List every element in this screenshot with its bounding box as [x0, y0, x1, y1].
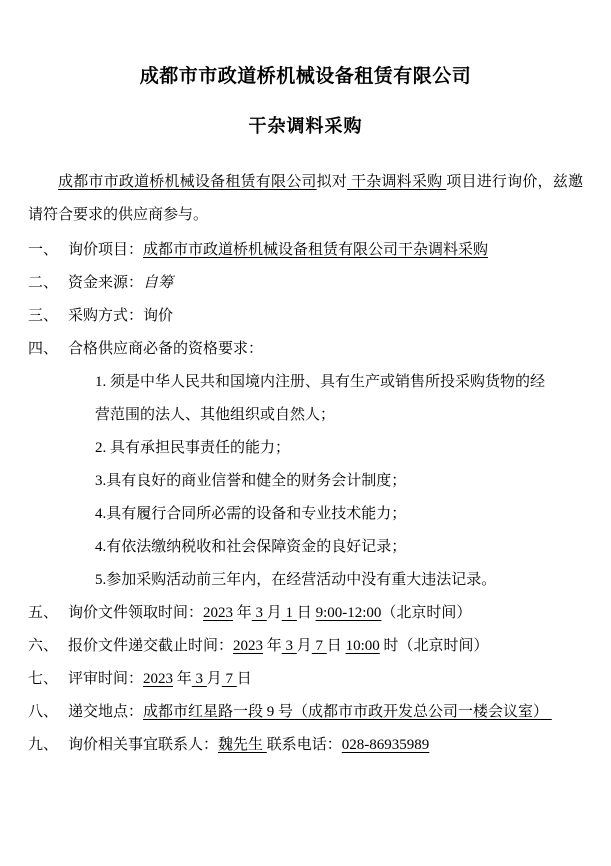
text-segment: 采购方式：询价: [68, 308, 173, 324]
item-submission-address: 八、递交地点：成都市红星路一段 9 号（成都市市政开发总公司一楼会议室）: [28, 696, 583, 729]
text-segment: 报价文件递交截止时间：: [68, 638, 233, 654]
text-segment: 月: [267, 605, 282, 621]
item-text: 合格供应商必备的资格要求：: [68, 333, 583, 366]
text-segment: 年: [263, 638, 282, 654]
item-document-collection-time: 五、询价文件领取时间：2023 年 3 月 1 日 9:00-12:00（北京时…: [28, 597, 583, 630]
text-segment: 2023: [143, 671, 173, 687]
sub-requirement-2: 2. 具有承担民事责任的能力；: [28, 432, 583, 465]
item-text: 询价文件领取时间：2023 年 3 月 1 日 9:00-12:00（北京时间）: [68, 597, 583, 630]
text-segment: 3.具有良好的商业信誉和健全的财务会计制度；: [95, 473, 406, 489]
text-segment: 1. 须是中华人民共和国境内注册、具有生产或销售所投采购货物的经营范围的法人、其…: [95, 374, 545, 423]
item-contact-person: 九、询价相关事宜联系人：魏先生 联系电话：028-86935989: [28, 729, 583, 762]
sub-requirement-4a: 4.具有履行合同所必需的设备和专业技术能力；: [28, 498, 583, 531]
text-segment: 递交地点：: [68, 704, 143, 720]
text-segment: 7: [312, 638, 327, 654]
item-number: 八、: [28, 696, 68, 729]
text-segment: 年: [173, 671, 192, 687]
item-number: 二、: [28, 267, 68, 300]
intro-paragraph: 成都市市政道桥机械设备租赁有限公司拟对 干杂调料采购 项目进行询价，兹邀请符合要…: [28, 166, 583, 232]
text-segment: 资金来源：: [68, 275, 143, 291]
document-title: 成都市市政道桥机械设备租赁有限公司: [28, 64, 583, 90]
item-number: 五、: [28, 597, 68, 630]
text-segment: 成都市市政道桥机械设备租赁有限公司干杂调料采购: [143, 242, 488, 258]
item-number: 六、: [28, 630, 68, 663]
sub-requirement-4b: 4.有依法缴纳税收和社会保障资金的良好记录；: [28, 531, 583, 564]
text-segment: 028-86935989: [342, 737, 430, 753]
sub-requirement-1: 1. 须是中华人民共和国境内注册、具有生产或销售所投采购货物的经营范围的法人、其…: [28, 366, 583, 432]
document-subtitle: 干杂调料采购: [28, 114, 583, 138]
text-segment: 联系电话：: [267, 737, 342, 753]
item-text: 递交地点：成都市红星路一段 9 号（成都市市政开发总公司一楼会议室）: [68, 696, 583, 729]
text-segment: 年: [233, 605, 252, 621]
item-text: 资金来源：自筹: [68, 267, 583, 300]
text-segment: 4.有依法缴纳税收和社会保障资金的良好记录；: [95, 539, 406, 555]
item-text: 采购方式：询价: [68, 300, 583, 333]
text-segment: 月: [207, 671, 222, 687]
text-segment: 日: [237, 671, 252, 687]
text-segment: 2023: [233, 638, 263, 654]
item-qualification-requirements: 四、合格供应商必备的资格要求：: [28, 333, 583, 366]
item-funding-source: 二、资金来源：自筹: [28, 267, 583, 300]
text-segment: 时（北京时间）: [380, 638, 489, 654]
item-quotation-deadline: 六、报价文件递交截止时间：2023 年 3 月 7 日 10:00 时（北京时间…: [28, 630, 583, 663]
item-text: 评审时间：2023 年 3 月 7 日: [68, 663, 583, 696]
text-segment: 月: [297, 638, 312, 654]
sub-requirement-5: 5.参加采购活动前三年内，在经营活动中没有重大违法记录。: [28, 564, 583, 597]
text-segment: （北京时间）: [381, 605, 471, 621]
text-segment: 成都市市政道桥机械设备租赁有限公司: [58, 174, 317, 190]
item-text: 询价相关事宜联系人：魏先生 联系电话：028-86935989: [68, 729, 583, 762]
text-segment: 合格供应商必备的资格要求：: [68, 341, 263, 357]
item-number: 七、: [28, 663, 68, 696]
text-segment: 评审时间：: [68, 671, 143, 687]
sub-requirement-3: 3.具有良好的商业信誉和健全的财务会计制度；: [28, 465, 583, 498]
document-page: 成都市市政道桥机械设备租赁有限公司 干杂调料采购 成都市市政道桥机械设备租赁有限…: [0, 0, 611, 866]
text-segment: 成都市红星路一段 9 号（成都市市政开发总公司一楼会议室）: [143, 704, 552, 720]
text-segment: 3: [282, 638, 297, 654]
item-procurement-method: 三、采购方式：询价: [28, 300, 583, 333]
item-text: 报价文件递交截止时间：2023 年 3 月 7 日 10:00 时（北京时间）: [68, 630, 583, 663]
text-segment: 日: [327, 638, 346, 654]
text-segment: 3: [192, 671, 207, 687]
item-text: 询价项目：成都市市政道桥机械设备租赁有限公司干杂调料采购: [68, 234, 583, 267]
text-segment: 日: [297, 605, 316, 621]
text-segment: 拟对: [317, 174, 347, 190]
text-segment: 干杂调料采购: [347, 174, 446, 190]
text-segment: 3: [252, 605, 267, 621]
text-segment: 2023: [203, 605, 233, 621]
text-segment: 9:00-12:00: [316, 605, 382, 621]
text-segment: 询价文件领取时间：: [68, 605, 203, 621]
text-segment: 10:00: [346, 638, 380, 654]
text-segment: 自筹: [143, 275, 173, 291]
text-segment: 询价相关事宜联系人：: [68, 737, 218, 753]
item-number: 四、: [28, 333, 68, 366]
text-segment: 7: [222, 671, 237, 687]
item-number: 一、: [28, 234, 68, 267]
item-review-time: 七、评审时间：2023 年 3 月 7 日: [28, 663, 583, 696]
text-segment: 1: [282, 605, 297, 621]
text-segment: 询价项目：: [68, 242, 143, 258]
item-number: 九、: [28, 729, 68, 762]
text-segment: 2. 具有承担民事责任的能力；: [95, 440, 290, 456]
text-segment: 5.参加采购活动前三年内，在经营活动中没有重大违法记录。: [95, 572, 496, 588]
text-segment: 4.具有履行合同所必需的设备和专业技术能力；: [95, 506, 406, 522]
item-inquiry-project: 一、询价项目：成都市市政道桥机械设备租赁有限公司干杂调料采购: [28, 234, 583, 267]
notice-items: 一、询价项目：成都市市政道桥机械设备租赁有限公司干杂调料采购二、资金来源：自筹三…: [28, 234, 583, 762]
item-number: 三、: [28, 300, 68, 333]
text-segment: 魏先生: [218, 737, 267, 753]
